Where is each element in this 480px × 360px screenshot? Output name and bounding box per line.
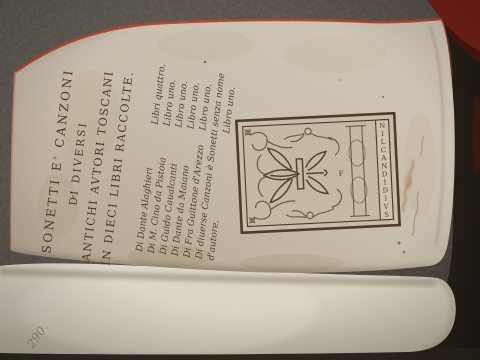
photo-canvas: 290 [0, 0, 480, 360]
photo-grain [0, 0, 480, 360]
book-photograph: 290 [0, 0, 480, 360]
